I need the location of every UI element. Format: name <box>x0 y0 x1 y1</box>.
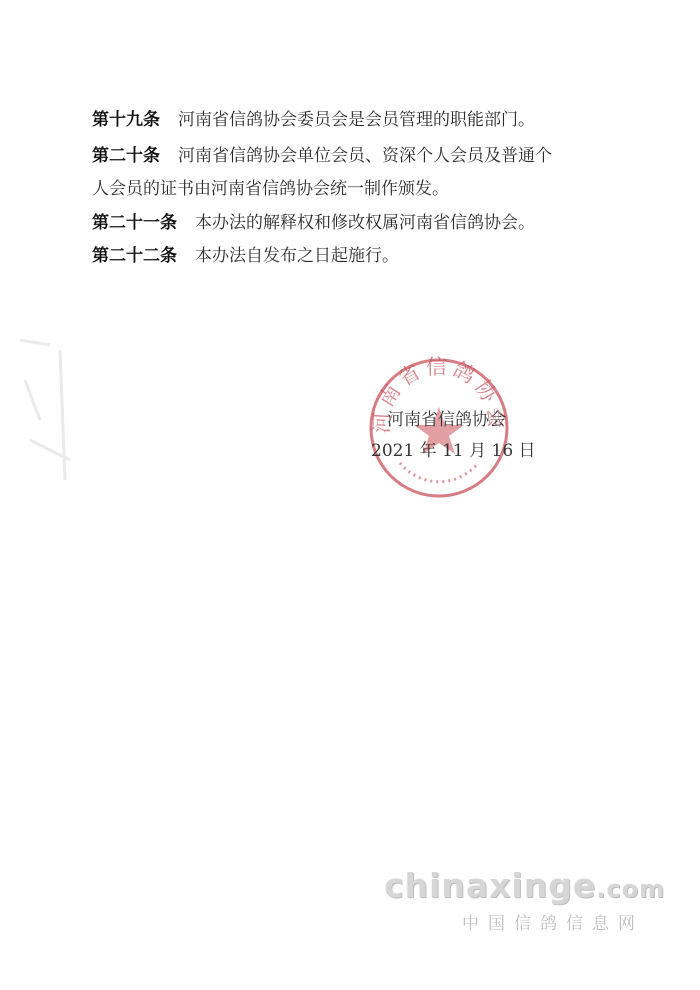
article-20-continuation: 人会员的证书由河南省信鸽协会统一制作颁发。 <box>92 177 612 201</box>
article-number: 第十九条 <box>92 110 160 130</box>
document-page: 第十九条河南省信鸽协会委员会是会员管理的职能部门。 第二十条河南省信鸽协会单位会… <box>0 0 700 990</box>
article-text: 河南省信鸽协会委员会是会员管理的职能部门。 <box>178 110 535 130</box>
article-text: 本办法自发布之日起施行。 <box>195 246 399 266</box>
signature-organization: 河南省信鸽协会 <box>387 405 506 430</box>
watermark-domain: chinaxinge.com <box>384 866 665 905</box>
article-number: 第二十条 <box>92 146 160 166</box>
article-21: 第二十一条本办法的解释权和修改权属河南省信鸽协会。 <box>92 211 612 235</box>
signature-date: 2021 年 11 月 16 日 <box>371 436 536 461</box>
watermark-domain-suffix: .com <box>596 875 665 903</box>
watermark-chinese: 中国信鸽信息网 <box>462 909 644 934</box>
article-19: 第十九条河南省信鸽协会委员会是会员管理的职能部门。 <box>92 108 612 132</box>
article-20: 第二十条河南省信鸽协会单位会员、资深个人会员及普通个 <box>92 144 612 168</box>
article-text: 本办法的解释权和修改权属河南省信鸽协会。 <box>195 213 535 233</box>
article-text: 人会员的证书由河南省信鸽协会统一制作颁发。 <box>92 179 449 199</box>
article-22: 第二十二条本办法自发布之日起施行。 <box>92 244 612 268</box>
article-text: 河南省信鸽协会单位会员、资深个人会员及普通个 <box>178 146 552 166</box>
article-number: 第二十二条 <box>92 246 177 266</box>
article-number: 第二十一条 <box>92 213 177 233</box>
bleed-through-marks <box>10 320 100 500</box>
watermark-domain-main: chinaxinge <box>384 866 596 905</box>
seal-serial-number <box>400 463 478 482</box>
